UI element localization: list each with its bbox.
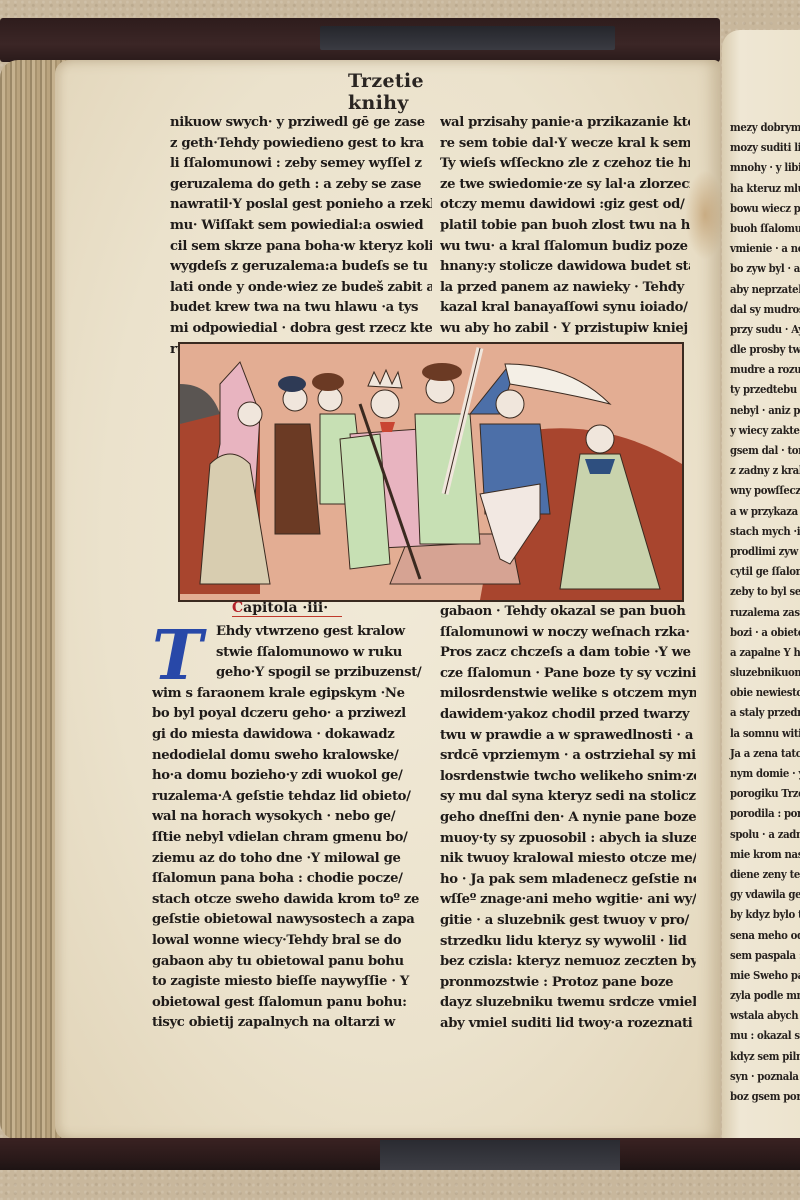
text-line: li ſſalomunowi : zeby semey wyſſel z [170,154,432,175]
text-line: z geth·Tehdy powiedieno gest to kra [170,134,432,155]
text-line: hnany:y stolicze dawidowa budet sta [440,257,690,278]
text-line: y wiecy zakte [730,421,800,441]
text-line: lowal wonne wiecy·Tehdy bral se do [152,931,432,952]
text-line: boz gsem poro [730,1087,800,1107]
text-line: gy vdawila ge [730,885,800,905]
text-line: geruzalema do geth : a zeby se zase [170,175,432,196]
text-line: ruzalema·A geſstie tehdaz lid obieto/ [152,787,432,808]
text-line: ſſalomun pana boha : chodie pocze/ [152,869,432,890]
chapter-heading-rubric: C [232,600,243,616]
text-line: syn · poznala s [730,1067,800,1087]
chapter-heading-text: apitola ·iii· [243,600,328,616]
text-column-bottom-left: Ehdy vtwrzeno gest kralowstwie ſſalomuno… [152,622,432,1034]
text-line: muoy·ty sy zpuosobil : abych ia sluzeb [440,829,696,850]
text-line: stwie ſſalomunowo w ruku [152,643,432,664]
text-line: pronmozstwie : Protoz pane boze [440,973,696,994]
text-line: aby vmiel suditi lid twoy·a rozeznati [440,1014,696,1035]
text-line: gitie · a sluzebnik gest twuoy v pro/ [440,911,696,932]
text-line: re sem tobie dal·Y wecze kral k semey [440,134,690,155]
text-line: z zadny z kral [730,461,800,481]
text-line: mnohy · y libila [730,158,800,178]
text-line: wu twu· a kral ſſalomun budiz poze [440,237,690,258]
text-line: obietowal gest ſſalomun panu bohu: [152,993,432,1014]
text-line: lati onde y onde·wiez ze budeš zabit a [170,278,432,299]
facing-page-text: mezy dobrym amozy suditi lid tmnohy · y … [730,118,800,1107]
text-line: cytil ge ſſalom [730,562,800,582]
text-line: gi do miesta dawidowa · dokawadz [152,725,432,746]
text-line: wny powſſeczk [730,481,800,501]
text-line: zyla podle mne [730,986,800,1006]
text-line: la somnu witi P [730,724,800,744]
text-line: a zapalne Y hod [730,643,800,663]
facing-page: mezy dobrym amozy suditi lid tmnohy · y … [722,30,800,1140]
text-line: stach otcze sweho dawida krom toº ze [152,890,432,911]
text-line: wal przisahy panie·a przikazanie kte [440,113,690,134]
text-line: cil sem skrze pana boha·w kteryz koli de… [170,237,432,258]
text-line: bo byl poyal dczeru geho· a prziwezl [152,704,432,725]
text-line: gabaon · Tehdy okazal se pan buoh [440,602,696,623]
text-line: gsem dal · toniz [730,441,800,461]
water-stain [685,170,725,260]
text-line: budet krew twa na twu hlawu ·a tys [170,298,432,319]
text-line: cze ſſalomun · Pane boze ty sy vczinil [440,664,696,685]
text-line: sena meho od b [730,926,800,946]
text-line: nebyl · aniz pot [730,401,800,421]
text-line: platil tobie pan buoh zlost twu na hla [440,216,690,237]
text-line: buoh ſſalomuno [730,219,800,239]
text-line: losrdenstwie twcho welikeho snim·ze [440,767,696,788]
text-line: mu· Wiſſakt sem powiedial:a oswied [170,216,432,237]
text-line: ze twe swiedomie·ze sy lal·a zlorzeczil [440,175,690,196]
chapter-heading: Capitola ·iii· [232,600,342,617]
text-line: stach mych ·ia [730,522,800,542]
judgement-of-solomon-image [180,344,682,600]
text-line: ho·a domu bozieho·y zdi wuokol ge/ [152,766,432,787]
text-line: bo zyw byl · ani [730,259,800,279]
text-line: nedodielal domu sweho kralowske/ [152,746,432,767]
text-line: mezy dobrym a [730,118,800,138]
text-line: geſstie obietowal nawysostech a zapa [152,910,432,931]
text-line: ha kteruz mluwi [730,179,800,199]
text-line: kazal kral banayaſſowi synu ioiado/ [440,298,690,319]
text-line: porodila : poro [730,804,800,824]
book-cover-bottom-repair [380,1140,620,1170]
text-line: wygdeſs z geruzalema:a budeſs se tu [170,257,432,278]
text-line: strzedku lidu kteryz sy wywolil · lid [440,932,696,953]
text-line: kdyz sem pilnie [730,1047,800,1067]
text-column-top-left: nikuow swych· y prziwedl gē ge zasez get… [170,113,432,360]
text-line: ſſalomunowi w noczy weſnach rzka· [440,623,696,644]
text-line: geho·Y spogil se przibuzenst/ [152,663,432,684]
text-line: bowu wiecz pros [730,199,800,219]
text-line: a staly przedni [730,703,800,723]
text-line: wal na horach wysokych · nebo ge/ [152,807,432,828]
woodcut-illustration [178,342,684,602]
text-line: porogiku Trzet [730,784,800,804]
text-line: a w przykaza [730,502,800,522]
text-line: bez czisla: kteryz nemuoz zeczten byti [440,952,696,973]
text-line: Ehdy vtwrzeno gest kralow [152,622,432,643]
text-line: gabaon aby tu obietowal panu bohu [152,952,432,973]
text-line: milosrdenstwie welike s otczem mym [440,684,696,705]
text-line: spolu · a zadny g [730,825,800,845]
text-line: ho · Ja pak sem mladenecz geſstie ne [440,870,696,891]
text-line: przy sudu · Ay v [730,320,800,340]
text-line: dayz sluzebniku twemu srdcze vmiele· [440,993,696,1014]
text-line: dal sy mudrosti [730,300,800,320]
text-line: obie newiestcze [730,683,800,703]
text-line: geho dneſſni den· A nynie pane boze [440,808,696,829]
text-line: ſſtie nebyl vdielan chram gmenu bo/ [152,828,432,849]
text-line: otczy memu dawidowi :giz gest od/ [440,195,690,216]
text-line: by kdyz bylo tic [730,905,800,925]
text-line: ziemu az do toho dne ·Y milowal ge [152,849,432,870]
text-line: prodlimi zyw [730,542,800,562]
text-line: ruzalema zase · [730,603,800,623]
text-line: dawidem·yakoz chodil przed twarzy [440,705,696,726]
text-line: nik twuoy kralowal miesto otcze me/ [440,849,696,870]
text-line: aby neprzately s [730,280,800,300]
text-line: to zagiste miesto bieſſe naywyſſie · Y [152,972,432,993]
text-line: Ty wieſs wſſeckno zle z czehoz tie hry [440,154,690,175]
text-line: mu : okazal se [730,1026,800,1046]
text-line: vmienie · a nepr [730,239,800,259]
text-line: la przed panem az nawieky · Tehdy [440,278,690,299]
text-line: mozy suditi lid t [730,138,800,158]
text-line: mudre a rozum [730,360,800,380]
text-line: bozi · a obietow [730,623,800,643]
text-line: wim s faraonem krale egipskym ·Ne [152,684,432,705]
text-line: twu w prawdie a w sprawedlnosti · a [440,726,696,747]
text-line: sluzebnikuom sw [730,663,800,683]
text-line: wu aby ho zabil · Y przistupiw kniej [440,319,690,340]
text-line: ty przedtebu z [730,380,800,400]
running-head: Trzetie knihy [348,70,488,114]
text-line: wſſeº znage·ani meho wgitie· ani wy/ [440,890,696,911]
text-line: srdcē vprziemym · a ostrziehal sy mi [440,746,696,767]
text-line: mi odpowiedial · dobra gest rzecz kte [170,319,432,340]
text-line: sem paspala : a [730,946,800,966]
text-line: tisyc obietij zapalnych na oltarzi w [152,1013,432,1034]
text-line: nawratil·Y poslal gest ponieho a rzekl [170,195,432,216]
text-line: wstala abych d [730,1006,800,1026]
text-column-top-right: wal przisahy panie·a przikazanie ktere s… [440,113,690,360]
text-line: Ja a zena tato [730,744,800,764]
text-line: mie Sweho pak [730,966,800,986]
text-line: sy mu dal syna kteryz sedi na stoliczy [440,787,696,808]
text-line: nym domie · y p [730,764,800,784]
text-line: dle prosby twe · [730,340,800,360]
text-column-bottom-right: gabaon · Tehdy okazal se pan buohſſalomu… [440,602,696,1034]
text-line: nikuow swych· y prziwedl gē ge zase [170,113,432,134]
book-cover-repair-strip [320,26,615,50]
text-line: Pros zacz chczeſs a dam tobie ·Y we [440,643,696,664]
text-line: mie krom nas d [730,845,800,865]
text-line: diene zeny teto [730,865,800,885]
text-line: zeby to byl sen [730,582,800,602]
